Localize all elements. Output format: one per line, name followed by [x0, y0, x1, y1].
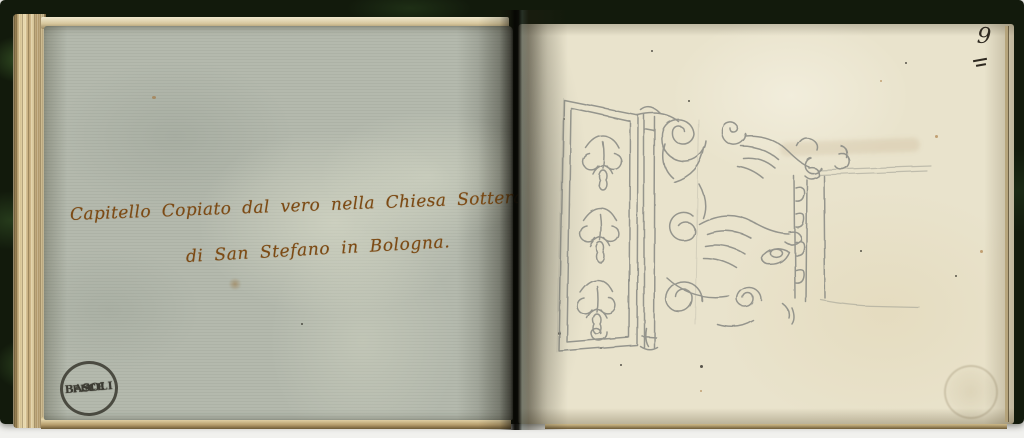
page-number: 9 [976, 24, 992, 50]
sketch-right-band [794, 176, 825, 302]
sketch-corner-band [640, 107, 660, 349]
ink-stain-spot [228, 278, 242, 290]
sketch-side-panel-ornament [577, 136, 622, 341]
sketch-guide-lines [557, 98, 699, 352]
sketch-abacus-lines [817, 166, 931, 307]
sketch-side-panel-border [559, 100, 678, 351]
capital-sketch [549, 84, 949, 376]
circular-stain [944, 365, 998, 419]
page-edges-left [13, 14, 46, 428]
right-page-edge-line [1005, 26, 1008, 422]
sketch-acanthus-leaves [663, 136, 847, 326]
sketchbook-scan: Capitello Copiato dal vero nella Chiesa … [0, 0, 1024, 438]
